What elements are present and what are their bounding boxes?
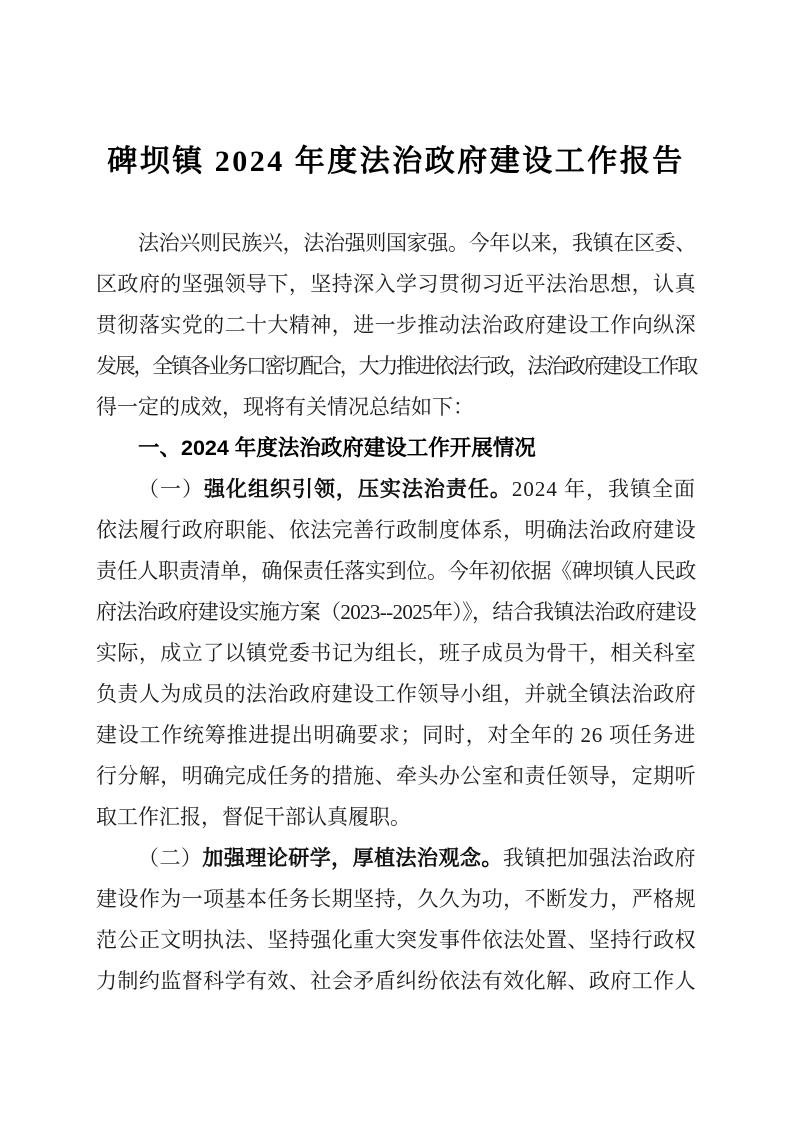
text-line: （二）加强理论研学，厚植法治观念。我镇把加强法治政府 [96, 838, 696, 879]
text-line: 区政府的坚强领导下，坚持深入学习贯彻习近平法治思想，认真 [96, 264, 696, 305]
text-line: 府法治政府建设实施方案（2023--2025年）》，结合我镇法治政府建设 [96, 592, 696, 633]
text-line: 取工作汇报，督促干部认真履职。 [96, 797, 696, 838]
text-line: 贯彻落实党的二十大精神，进一步推动法治政府建设工作向纵深 [96, 305, 696, 346]
section-heading: 一、2024 年度法治政府建设工作开展情况 [96, 428, 696, 469]
bold-phrase: 强化组织引领，压实法治责任。 [204, 477, 512, 501]
text-line: 建设工作统筹推进提出明确要求；同时，对全年的 26 项任务进 [96, 715, 696, 756]
text-line: 发展，全镇各业务口密切配合，大力推进依法行政，法治政府建设工作取 [96, 346, 696, 387]
text-line: 得一定的成效，现将有关情况总结如下： [96, 387, 696, 428]
text-line: 依法履行政府职能、依法完善行政制度体系，明确法治政府建设 [96, 510, 696, 551]
bold-phrase: 加强理论研学，厚植法治观念。 [202, 846, 502, 870]
text-line: 实际，成立了以镇党委书记为组长，班子成员为骨干，相关科室 [96, 633, 696, 674]
document-page: 碑坝镇 2024 年度法治政府建设工作报告 法治兴则民族兴，法治强则国家强。今年… [0, 0, 792, 1121]
text-line: 建设作为一项基本任务长期坚持，久久为功，不断发力，严格规 [96, 879, 696, 920]
text-line: 责任人职责清单，确保责任落实到位。今年初依据《碑坝镇人民政 [96, 551, 696, 592]
text-line: 法治兴则民族兴，法治强则国家强。今年以来，我镇在区委、 [96, 223, 696, 264]
text-line: 行分解，明确完成任务的措施、牵头办公室和责任领导，定期听 [96, 756, 696, 797]
text-line: 负责人为成员的法治政府建设工作领导小组，并就全镇法治政府 [96, 674, 696, 715]
document-body: 法治兴则民族兴，法治强则国家强。今年以来，我镇在区委、区政府的坚强领导下，坚持深… [96, 223, 696, 1002]
document-title: 碑坝镇 2024 年度法治政府建设工作报告 [0, 143, 792, 181]
text-line: 范公正文明执法、坚持强化重大突发事件依法处置、坚持行政权 [96, 920, 696, 961]
text-line: 力制约监督科学有效、社会矛盾纠纷依法有效化解、政府工作人 [96, 961, 696, 1002]
text-line: （一）强化组织引领，压实法治责任。2024 年，我镇全面 [96, 469, 696, 510]
